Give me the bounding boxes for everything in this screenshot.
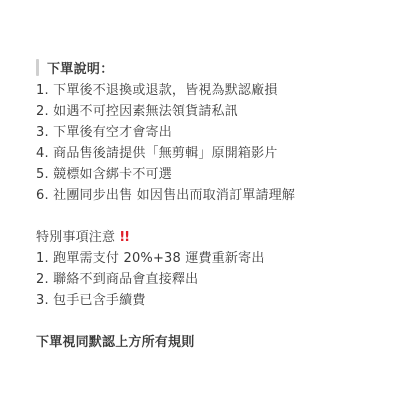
rule-item: 5. 競標如含綁卡不可選 bbox=[36, 164, 396, 185]
rule-item: 1. 下單後不退換或退款，皆視為默認廠損 bbox=[36, 80, 396, 101]
heading-text: 下單說明： bbox=[47, 58, 114, 77]
double-exclamation-icon: !! bbox=[119, 230, 129, 245]
rules-document: 下單說明： 1. 下單後不退換或退款，皆視為默認廠損 2. 如遇不可控因素無法領… bbox=[36, 56, 396, 353]
heading-text: 特別事項注意 bbox=[36, 230, 115, 245]
rule-item: 2. 如遇不可控因素無法領貨請私訊 bbox=[36, 101, 396, 122]
note-item: 1. 跑單需支付 20%+38 運費重新寄出 bbox=[36, 248, 396, 269]
rule-item: 3. 下單後有空才會寄出 bbox=[36, 122, 396, 143]
spacer bbox=[36, 311, 396, 332]
note-item: 3. 包手已含手續費 bbox=[36, 290, 396, 311]
special-notes-list: 1. 跑單需支付 20%+38 運費重新寄出 2. 聯絡不到商品會直接釋出 3.… bbox=[36, 248, 396, 311]
ordering-rules-list: 1. 下單後不退換或退款，皆視為默認廠損 2. 如遇不可控因素無法領貨請私訊 3… bbox=[36, 80, 396, 206]
section-special-heading: 特別事項注意!! bbox=[36, 227, 396, 248]
quote-bar bbox=[36, 59, 39, 76]
rule-item: 4. 商品售後請提供「無剪輯」原開箱影片 bbox=[36, 143, 396, 164]
spacer bbox=[36, 206, 396, 227]
rule-item: 6. 社團同步出售 如因售出而取消訂單請理解 bbox=[36, 185, 396, 206]
section-ordering-heading: 下單說明： bbox=[36, 56, 396, 78]
footer-statement: 下單視同默認上方所有規則 bbox=[36, 332, 396, 353]
note-item: 2. 聯絡不到商品會直接釋出 bbox=[36, 269, 396, 290]
